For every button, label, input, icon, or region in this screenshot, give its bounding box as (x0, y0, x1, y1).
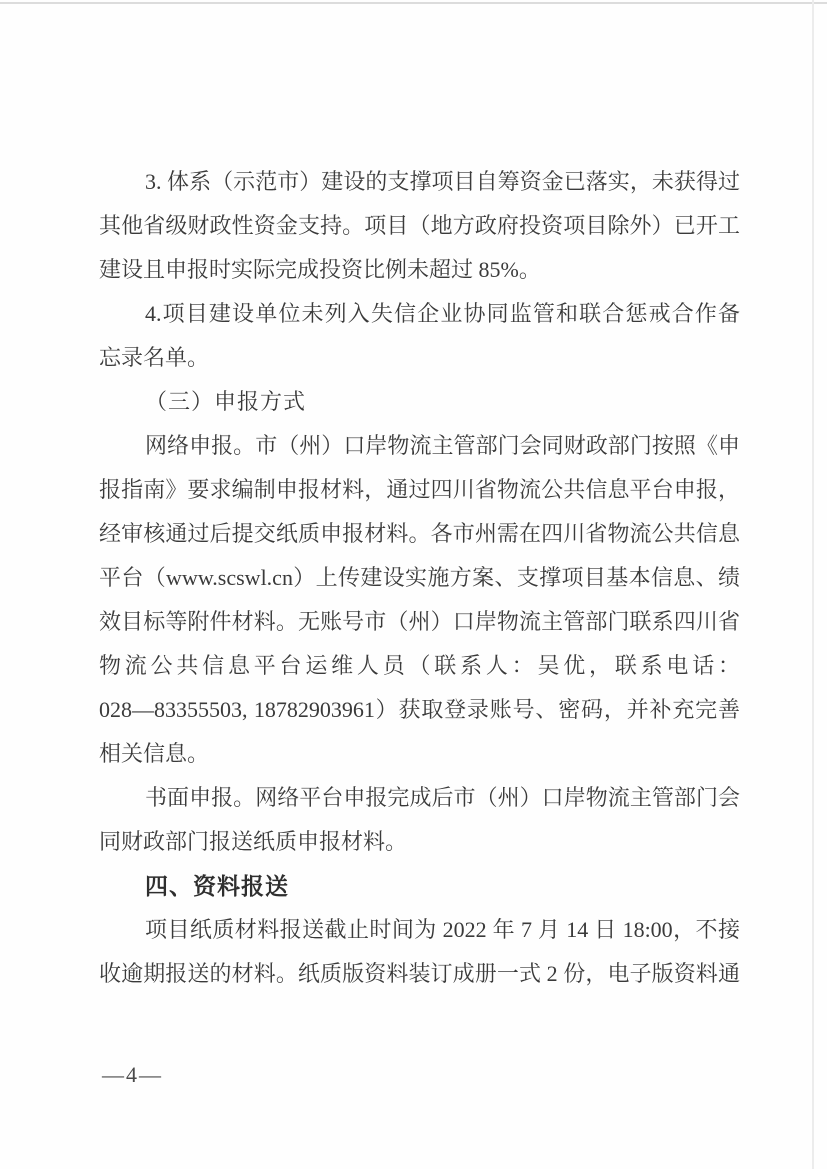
body-line: 经审核通过后提交纸质申报材料。各市州需在四川省物流公共信息 (99, 512, 740, 556)
body-line: 书面申报。网络平台申报完成后市（州）口岸物流主管部门会 (99, 776, 740, 820)
scan-artifact-top-line (0, 2, 827, 4)
body-line: 忘录名单。 (99, 336, 740, 380)
body-line: 其他省级财政性资金支持。项目（地方政府投资项目除外）已开工 (99, 204, 740, 248)
body-line: 项目纸质材料报送截止时间为 2022 年 7 月 14 日 18:00，不接 (99, 908, 740, 952)
section-heading: 四、资料报送 (99, 864, 740, 908)
body-line: 平台（www.scswl.cn）上传建设实施方案、支撑项目基本信息、绩 (99, 556, 740, 600)
body-line: 物流公共信息平台运维人员（联系人：吴优，联系电话： (99, 644, 740, 688)
body-line: 报指南》要求编制申报材料，通过四川省物流公共信息平台申报， (99, 468, 740, 512)
scan-artifact-right-line (812, 0, 814, 1169)
body-line: 3. 体系（示范市）建设的支撑项目自筹资金已落实，未获得过 (99, 160, 740, 204)
document-page: 3. 体系（示范市）建设的支撑项目自筹资金已落实，未获得过 其他省级财政性资金支… (0, 0, 827, 1169)
subsection-heading: （三）申报方式 (99, 380, 740, 424)
body-line: 效目标等附件材料。无账号市（州）口岸物流主管部门联系四川省 (99, 600, 740, 644)
body-line: 028—83355503, 18782903961）获取登录账号、密码，并补充完… (99, 688, 740, 732)
body-line: 4.项目建设单位未列入失信企业协同监管和联合惩戒合作备 (99, 292, 740, 336)
body-line: 收逾期报送的材料。纸质版资料装订成册一式 2 份，电子版资料通 (99, 952, 740, 996)
body-line: 同财政部门报送纸质申报材料。 (99, 820, 740, 864)
document-body: 3. 体系（示范市）建设的支撑项目自筹资金已落实，未获得过 其他省级财政性资金支… (99, 160, 740, 996)
body-line: 相关信息。 (99, 732, 740, 776)
body-line: 网络申报。市（州）口岸物流主管部门会同财政部门按照《申 (99, 424, 740, 468)
body-line: 建设且申报时实际完成投资比例未超过 85%。 (99, 248, 740, 292)
page-number: —4— (102, 1062, 163, 1088)
